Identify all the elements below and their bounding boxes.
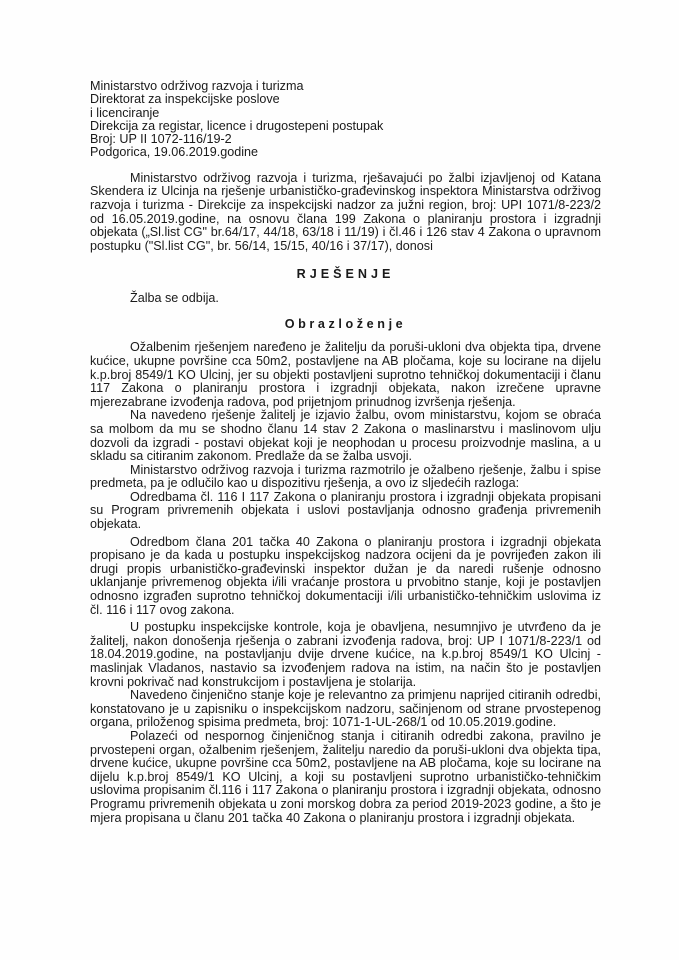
reasoning-paragraph: Odredbama čl. 116 I 117 Zakona o planira… [90, 491, 601, 532]
letterhead: Ministarstvo održivog razvoja i turizma … [90, 80, 601, 160]
directorate-name: Direktorat za inspekcijske poslove [90, 93, 601, 106]
document-page: Ministarstvo održivog razvoja i turizma … [0, 0, 679, 960]
case-number: Broj: UP II 1072-116/19-2 [90, 133, 601, 146]
reasoning-paragraph: Odredbom člana 201 tačka 40 Zakona o pla… [90, 536, 601, 618]
reasoning-paragraph: Na navedeno rješenje žalitelj je izjavio… [90, 409, 601, 463]
place-and-date: Podgorica, 19.06.2019.godine [90, 146, 601, 159]
decision-title: RJEŠENJE [90, 267, 601, 281]
directorate-division: Direkcija za registar, licence i drugost… [90, 120, 601, 133]
reasoning-paragraph: Navedeno činjenično stanje koje je relev… [90, 689, 601, 730]
decision-text: Žalba se odbija. [90, 291, 601, 305]
ministry-name: Ministarstvo održivog razvoja i turizma [90, 80, 601, 93]
reasoning-paragraph: U postupku inspekcijske kontrole, koja j… [90, 621, 601, 689]
directorate-name-cont: i licenciranje [90, 107, 601, 120]
intro-paragraph: Ministarstvo održivog razvoja i turizma,… [90, 172, 601, 254]
reasoning-title: Obrazloženje [90, 317, 601, 331]
reasoning-paragraph: Ministarstvo održivog razvoja i turizma … [90, 464, 601, 491]
reasoning-paragraph: Polazeći od nespornog činjeničnog stanja… [90, 730, 601, 825]
document-content: Ministarstvo održivog razvoja i turizma … [90, 80, 601, 825]
reasoning-paragraph: Ožalbenim rješenjem naređeno je žalitelj… [90, 341, 601, 409]
